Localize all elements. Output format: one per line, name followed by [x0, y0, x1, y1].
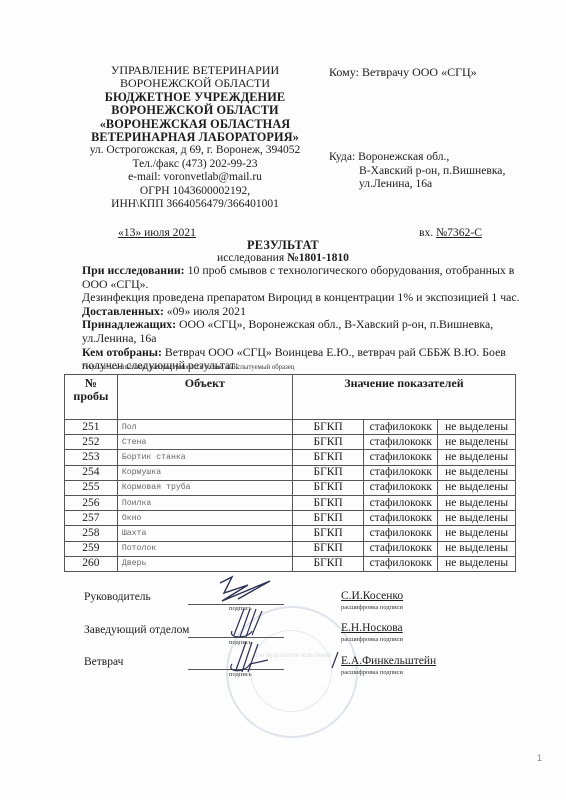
sampled-paragraph: Кем отобраны: Ветврач ООО «СГЦ» Воинцева…: [82, 346, 522, 360]
org-line-bold: БЮДЖЕТНОЕ УЧРЕЖДЕНИЕ: [72, 91, 318, 104]
indicator-staph-cell: стафилококк: [364, 541, 438, 556]
indicator-staph-cell: стафилококк: [364, 526, 438, 541]
recipient-to: Кому: Ветврачу ООО «СГЦ»: [329, 65, 477, 80]
handwritten-signature-icon: [228, 638, 278, 678]
owner-paragraph: Принадлежащих: ООО «СГЦ», Воронежская об…: [82, 318, 522, 345]
indicator-bgkp-cell: БГКП: [292, 420, 363, 435]
object-cell: Кормовая труба: [117, 480, 292, 495]
sample-number-cell: 257: [65, 511, 118, 526]
org-address: ул. Острогожская, д 69, г. Воронеж, 3940…: [72, 144, 318, 158]
result-cell: не выделены: [438, 511, 516, 526]
recipient-address: Куда: Воронежская обл., В-Хавский р-он, …: [329, 150, 505, 191]
object-cell: Дверь: [117, 556, 292, 571]
table-header-row: № пробы Объект Значение показателей: [65, 375, 516, 420]
indicator-bgkp-cell: БГКП: [292, 435, 363, 450]
signature-role: Ветврач: [84, 656, 123, 668]
sample-number-cell: 253: [65, 450, 118, 465]
header-sample-number: № пробы: [65, 375, 118, 420]
indicator-staph-cell: стафилококк: [364, 465, 438, 480]
object-cell: Стена: [117, 435, 292, 450]
signer-name-caption: расшифровка подписи: [341, 636, 403, 643]
org-line-bold: ВЕТЕРИНАРНАЯ ЛАБОРАТОРИЯ»: [72, 131, 318, 144]
table-row: 253Бортик станкаБГКПстафилококкне выделе…: [65, 450, 516, 465]
indicator-staph-cell: стафилококк: [364, 450, 438, 465]
result-cell: не выделены: [438, 526, 516, 541]
object-cell: Окно: [117, 511, 292, 526]
owner-label: Принадлежащих:: [82, 317, 176, 331]
indicator-bgkp-cell: БГКП: [292, 450, 363, 465]
org-line: ВОРОНЕЖСКОЙ ОБЛАСТИ: [72, 77, 318, 90]
handwritten-signature-icon: [210, 575, 280, 605]
header-values: Значение показателей: [292, 375, 515, 420]
sample-number-cell: 252: [65, 435, 118, 450]
signature-role: Руководитель: [84, 591, 151, 603]
results-note: Результаты испытаний распространяются то…: [82, 364, 294, 371]
indicator-staph-cell: стафилококк: [364, 495, 438, 510]
sampled-label: Кем отобраны:: [82, 345, 162, 359]
org-inn-kpp: ИНН\КПП 3664056479/366401001: [72, 198, 318, 212]
object-cell: Кормушка: [117, 465, 292, 480]
org-line-bold: ВОРОНЕЖСКОЙ ОБЛАСТИ: [72, 104, 318, 117]
organization-header: УПРАВЛЕНИЕ ВЕТЕРИНАРИИ ВОРОНЕЖСКОЙ ОБЛАС…: [72, 64, 318, 212]
indicator-staph-cell: стафилококк: [364, 420, 438, 435]
signer-name: Е.Н.Носкова: [341, 622, 403, 634]
results-table: № пробы Объект Значение показателей 251П…: [64, 374, 516, 572]
table-row: 256ПоилкаБГКПстафилококкне выделены: [65, 495, 516, 510]
signature-row-vet: Ветврач: [84, 656, 123, 668]
result-cell: не выделены: [438, 480, 516, 495]
result-cell: не выделены: [438, 435, 516, 450]
sample-number-cell: 251: [65, 420, 118, 435]
indicator-staph-cell: стафилококк: [364, 511, 438, 526]
sample-number-cell: 258: [65, 526, 118, 541]
signature-role: Заведующий отделом: [84, 624, 189, 636]
delivered-label: Доставленных:: [82, 304, 164, 318]
signer-name-caption: расшифровка подписи: [341, 604, 403, 611]
sampled-text: Ветврач ООО «СГЦ» Воинцева Е.Ю., ветврач…: [162, 345, 506, 359]
recipient-where-line2: В-Хавский р-он, п.Вишневка,: [329, 164, 505, 178]
delivered-paragraph: Доставленных: «09» июля 2021: [82, 305, 522, 319]
research-paragraph: При исследовании: 10 проб смывов с техно…: [82, 264, 522, 291]
recipient-where-line1: Куда: Воронежская обл.,: [329, 150, 449, 163]
signer-name: Е.А.Финкельштейн: [341, 655, 436, 667]
result-cell: не выделены: [438, 450, 516, 465]
recipient-where-line3: ул.Ленина, 16а: [329, 177, 505, 191]
table-row: 257ОкноБГКПстафилококкне выделены: [65, 511, 516, 526]
org-email: e-mail: voronvetlab@mail.ru: [72, 171, 318, 185]
object-cell: Пол: [117, 420, 292, 435]
indicator-bgkp-cell: БГКП: [292, 511, 363, 526]
result-cell: не выделены: [438, 541, 516, 556]
research-label: При исследовании:: [82, 263, 185, 277]
result-cell: не выделены: [438, 420, 516, 435]
org-ogrn: ОГРН 1043600002192,: [72, 185, 318, 199]
indicator-bgkp-cell: БГКП: [292, 495, 363, 510]
org-phone: Тел./факс (473) 202-99-23: [72, 158, 318, 172]
document-body: При исследовании: 10 проб смывов с техно…: [82, 264, 522, 373]
object-cell: Бортик станка: [117, 450, 292, 465]
object-cell: Поилка: [117, 495, 292, 510]
sample-number-cell: 255: [65, 480, 118, 495]
sample-number-cell: 260: [65, 556, 118, 571]
indicator-bgkp-cell: БГКП: [292, 541, 363, 556]
disinfection-paragraph: Дезинфекция проведена препаратом Вироцид…: [82, 291, 522, 305]
delivered-text: «09» июля 2021: [164, 304, 246, 318]
table-row: 259ПотолокБГКПстафилококкне выделены: [65, 541, 516, 556]
result-cell: не выделены: [438, 495, 516, 510]
indicator-bgkp-cell: БГКП: [292, 480, 363, 495]
table-row: 252СтенаБГКПстафилококкне выделены: [65, 435, 516, 450]
result-cell: не выделены: [438, 465, 516, 480]
page-number: 1: [537, 753, 542, 763]
object-cell: Потолок: [117, 541, 292, 556]
handwritten-mark-icon: [330, 650, 340, 670]
signer-name: С.И.Косенко: [341, 590, 403, 602]
sample-number-cell: 259: [65, 541, 118, 556]
object-cell: Шахта: [117, 526, 292, 541]
signature-row-dept: Заведующий отделом: [84, 624, 189, 636]
org-line: УПРАВЛЕНИЕ ВЕТЕРИНАРИИ: [72, 64, 318, 77]
org-line-bold: «ВОРОНЕЖСКАЯ ОБЛАСТНАЯ: [72, 118, 318, 131]
table-row: 258ШахтаБГКПстафилококкне выделены: [65, 526, 516, 541]
table-row: 251ПолБГКПстафилококкне выделены: [65, 420, 516, 435]
table-row: 254КормушкаБГКПстафилококкне выделены: [65, 465, 516, 480]
indicator-bgkp-cell: БГКП: [292, 556, 363, 571]
table-row: 260ДверьБГКПстафилококкне выделены: [65, 556, 516, 571]
indicator-bgkp-cell: БГКП: [292, 526, 363, 541]
header-object: Объект: [117, 375, 292, 420]
table-row: 255Кормовая трубаБГКПстафилококкне выдел…: [65, 480, 516, 495]
sample-number-cell: 256: [65, 495, 118, 510]
signer-name-caption: расшифровка подписи: [341, 669, 403, 676]
indicator-bgkp-cell: БГКП: [292, 465, 363, 480]
sample-number-cell: 254: [65, 465, 118, 480]
signature-row-head: Руководитель: [84, 591, 151, 603]
indicator-staph-cell: стафилококк: [364, 435, 438, 450]
indicator-staph-cell: стафилококк: [364, 556, 438, 571]
result-cell: не выделены: [438, 556, 516, 571]
indicator-staph-cell: стафилококк: [364, 480, 438, 495]
